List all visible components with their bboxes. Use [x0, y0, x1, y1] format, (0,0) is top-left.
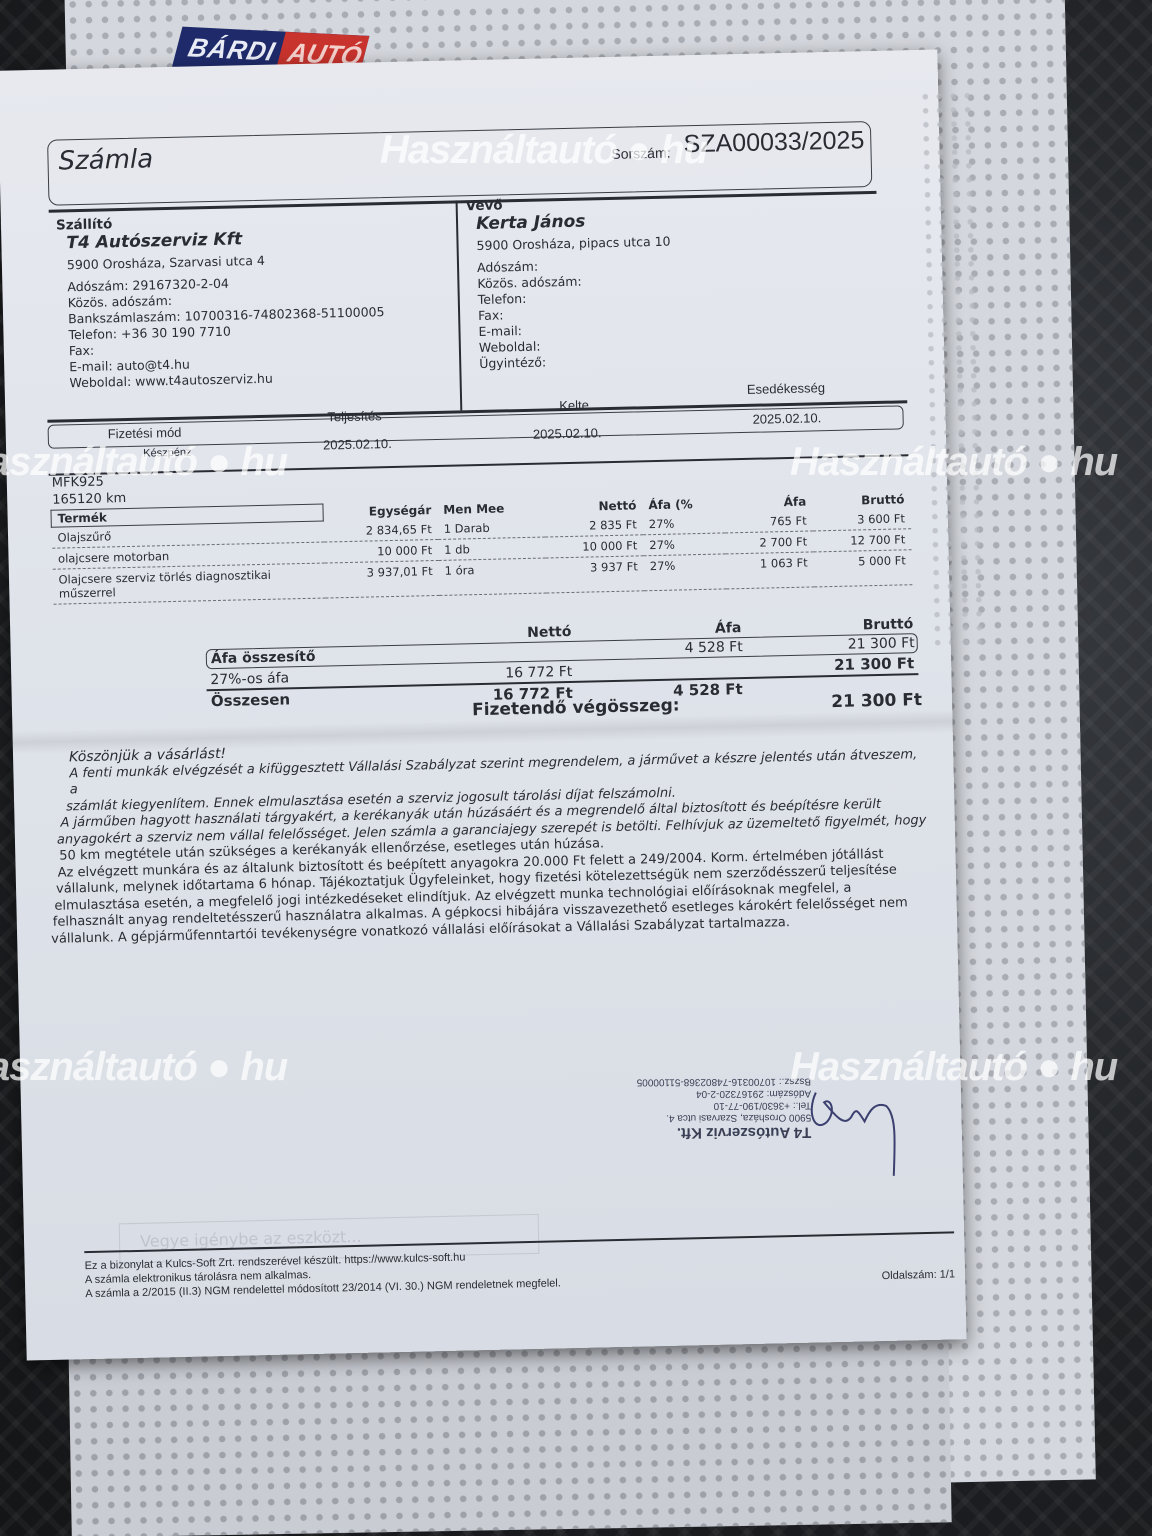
buyer-agent: Ügyintéző: — [479, 352, 673, 372]
items-table: Termék Egységár Men Mee Nettó Áfa (% Áfa… — [50, 490, 912, 604]
invoice-sheet: Számla Sorszám: SZA00033/2025 Szállító T… — [0, 50, 967, 1361]
mileage: 165120 km — [52, 490, 126, 509]
fulfillment-label: Teljesítés — [327, 408, 382, 424]
buyer-name: Kerta János — [476, 212, 670, 232]
vehicle-info: MFK925 165120 km — [52, 473, 127, 509]
due-label: Esedékesség — [747, 380, 825, 397]
col-vat: Áfa — [725, 493, 813, 512]
invoice-title: Számla — [58, 144, 153, 176]
page-number: Oldalszám: 1/1 — [882, 1267, 956, 1283]
buyer-block: Vevő Kerta János 5900 Orosháza, pipacs u… — [465, 194, 673, 373]
license-plate: MFK925 — [52, 473, 126, 492]
buyer-address: 5900 Orosháza, pipacs utca 10 — [476, 234, 670, 254]
company-stamp: T4 Autószerviz Kft. 5900 Orosháza, Szarv… — [581, 1075, 811, 1142]
seller-block: Szállító T4 Autószerviz Kft 5900 Orosház… — [56, 210, 386, 391]
seller-name: T4 Autószerviz Kft — [66, 228, 383, 251]
dot-pattern — [918, 89, 991, 650]
signature — [795, 1070, 917, 1183]
serial-number: SZA00033/2025 — [683, 126, 864, 159]
serial-label: Sorszám: — [611, 145, 670, 162]
seller-address: 5900 Orosháza, Szarvasi utca 4 — [67, 250, 384, 273]
party-divider — [456, 200, 463, 410]
fulfillment-date: 2025.02.10. — [323, 436, 392, 453]
payment-method-value: Készpénz — [143, 447, 192, 460]
issued-date: 2025.02.10. — [533, 425, 602, 442]
due-date: 2025.02.10. — [752, 410, 821, 427]
issued-label: Kelte — [559, 398, 589, 414]
payment-method-label: Fizetési mód — [108, 425, 182, 442]
terms-notes: Köszönjük a vásárlást! A fenti munkák el… — [45, 730, 929, 948]
payable-amount: 21 300 Ft — [831, 690, 922, 712]
dates-section: Fizetési mód Készpénz Teljesítés 2025.02… — [47, 384, 908, 473]
col-vat-pct: Áfa (% — [642, 495, 725, 514]
